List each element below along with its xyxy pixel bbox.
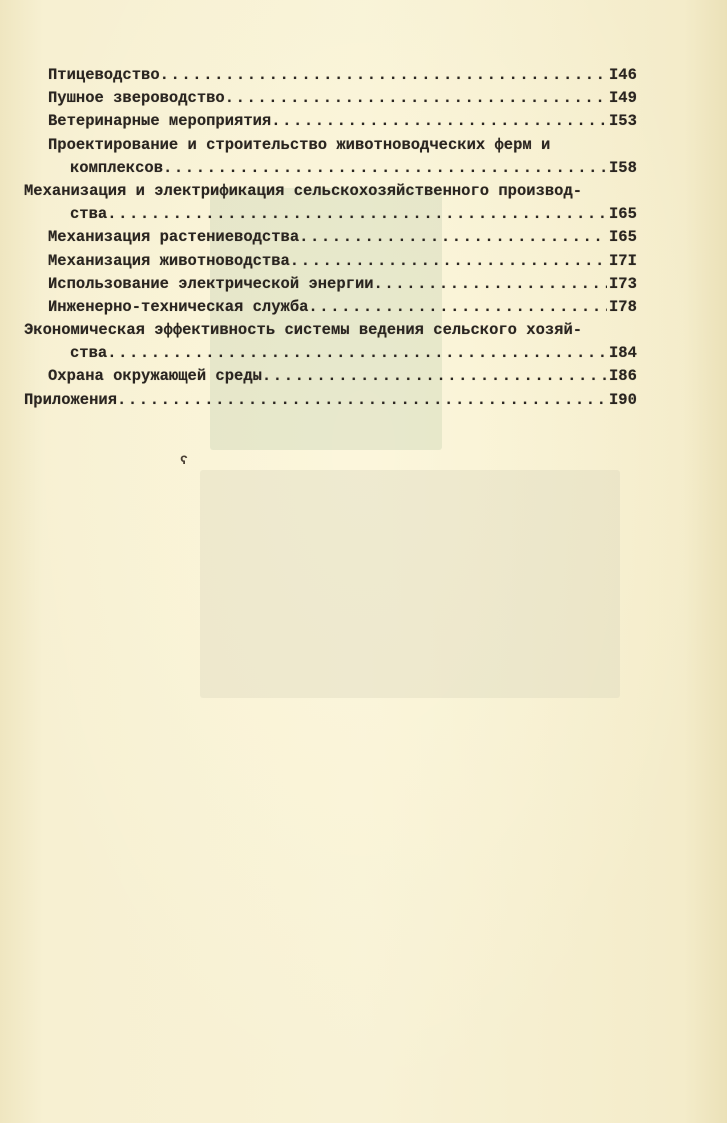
toc-entry-title: комплексов [70, 157, 163, 180]
dot-leader: ........................................… [262, 365, 607, 388]
toc-page-number: I53 [609, 110, 637, 133]
dot-leader: ........................................… [225, 87, 607, 110]
dot-leader: ........................................… [117, 389, 607, 412]
dot-leader: ........................................… [374, 273, 608, 296]
toc-entry: Инженерно-техническая служба............… [0, 296, 727, 319]
dot-leader: ........................................… [160, 64, 607, 87]
table-of-contents: Птицеводство............................… [0, 64, 727, 412]
toc-entry: комплексов..............................… [0, 157, 727, 180]
dot-leader: ........................................… [299, 226, 607, 249]
toc-page-number: I7I [609, 250, 637, 273]
toc-page-number: I49 [609, 87, 637, 110]
toc-entry: Экономическая эффективность системы веде… [0, 319, 727, 342]
toc-page-number: I46 [609, 64, 637, 87]
toc-entry: Пушное звероводство.....................… [0, 87, 727, 110]
toc-page-number: I58 [609, 157, 637, 180]
toc-entry: Механизация животноводства..............… [0, 250, 727, 273]
dot-leader: ........................................… [271, 110, 607, 133]
toc-entry-title: Механизация и электрификация сельскохозя… [24, 180, 582, 203]
dot-leader: ........................................… [107, 342, 607, 365]
toc-entry-title: ства [70, 203, 107, 226]
toc-entry-title: Птицеводство [48, 64, 160, 87]
toc-page-number: I65 [609, 226, 637, 249]
toc-entry-title: Инженерно-техническая служба [48, 296, 308, 319]
toc-entry: ства....................................… [0, 203, 727, 226]
dot-leader: ........................................… [163, 157, 607, 180]
dot-leader: ........................................… [308, 296, 607, 319]
toc-entry-title: Проектирование и строительство животново… [48, 134, 550, 157]
toc-entry: Птицеводство............................… [0, 64, 727, 87]
toc-entry: Механизация и электрификация сельскохозя… [0, 180, 727, 203]
toc-entry: Проектирование и строительство животново… [0, 134, 727, 157]
toc-page-number: I90 [609, 389, 637, 412]
toc-page-number: I84 [609, 342, 637, 365]
dot-leader: ........................................… [107, 203, 607, 226]
toc-entry: Механизация растениеводства.............… [0, 226, 727, 249]
toc-entry: Приложения..............................… [0, 389, 727, 412]
toc-page-number: I86 [609, 365, 637, 388]
toc-entry: Использование электрической энергии.....… [0, 273, 727, 296]
toc-entry-title: Пушное звероводство [48, 87, 225, 110]
toc-entry: Охрана окружающей среды.................… [0, 365, 727, 388]
toc-page-number: I78 [609, 296, 637, 319]
reverse-side-bleed-title-panel [200, 470, 620, 698]
toc-entry: Ветеринарные мероприятия................… [0, 110, 727, 133]
toc-entry-title: Ветеринарные мероприятия [48, 110, 271, 133]
toc-entry: ства....................................… [0, 342, 727, 365]
dot-leader: ........................................… [290, 250, 607, 273]
toc-entry-title: Приложения [24, 389, 117, 412]
toc-entry-title: ства [70, 342, 107, 365]
toc-entry-title: Механизация растениеводства [48, 226, 299, 249]
toc-entry-title: Механизация животноводства [48, 250, 290, 273]
toc-page-number: I65 [609, 203, 637, 226]
stray-ink-mark: ʕ [180, 453, 188, 468]
toc-entry-title: Использование электрической энергии [48, 273, 374, 296]
toc-entry-title: Охрана окружающей среды [48, 365, 262, 388]
toc-page-number: I73 [609, 273, 637, 296]
toc-entry-title: Экономическая эффективность системы веде… [24, 319, 582, 342]
